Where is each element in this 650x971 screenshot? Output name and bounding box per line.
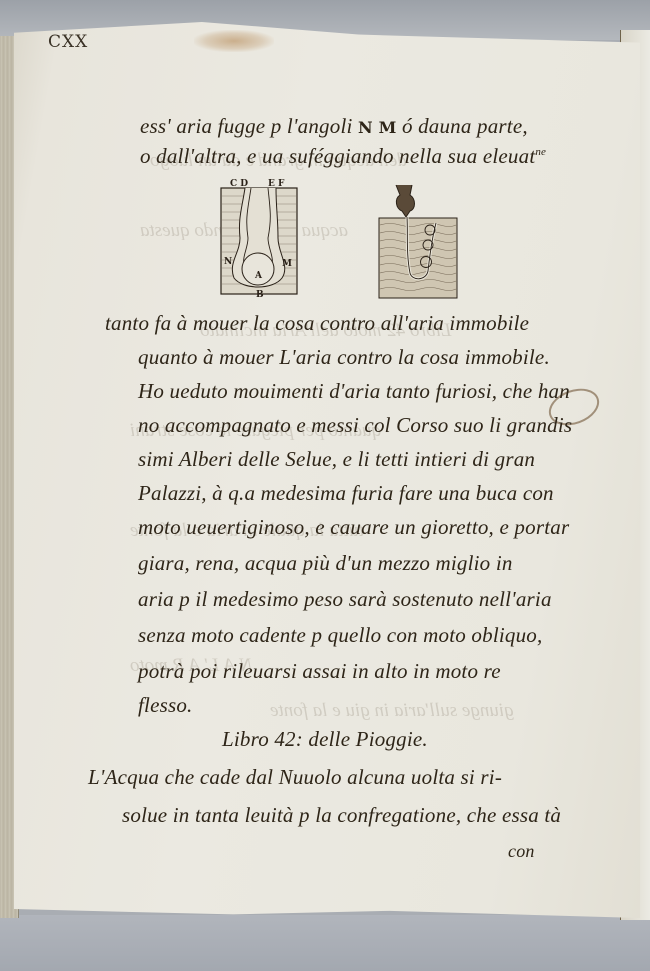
text-line: quanto à mouer L'aria contro la cosa imm… — [138, 345, 550, 370]
text-line: ess' aria fugge p l'angoli N M ó dauna p… — [140, 114, 528, 139]
text-line: no accompagnato e messi col Corso suo li… — [138, 413, 572, 438]
text-line: Ho ueduto mouimenti d'aria tanto furiosi… — [138, 379, 570, 404]
water-stain — [194, 30, 274, 52]
label-a: A — [254, 271, 263, 281]
text-line: giara, rena, acqua più d'un mezzo miglio… — [138, 551, 513, 576]
text-line: senza moto cadente p quello con moto obl… — [138, 623, 542, 648]
label-b: B — [256, 290, 264, 298]
text-line: o dall'altra, e ua suféggiando nella sua… — [140, 144, 546, 169]
text-line: moto ueuertiginoso, e cauare un gioretto… — [138, 515, 569, 540]
text-line: solue in tanta leuità p la confregatione… — [122, 803, 561, 828]
left-diagram-figure: C D E F N A M B — [218, 178, 300, 298]
text-line: tanto fa à mouer la cosa contro all'aria… — [105, 311, 529, 336]
right-flask-diagram-figure — [376, 183, 462, 299]
folio-number: CXX — [48, 32, 88, 52]
text-line: Palazzi, à q.a medesima furia fare una b… — [138, 481, 554, 506]
label-m: M — [282, 259, 292, 269]
backdrop-bottom — [0, 915, 650, 971]
text-line: simi Alberi delle Selue, e li tetti inti… — [138, 447, 535, 472]
text-line: potrà poi rileuarsi assai in alto in mot… — [138, 659, 501, 684]
label-cd: C D — [230, 179, 248, 189]
section-heading: Libro 42: delle Pioggie. — [222, 727, 428, 752]
bleed-through-text: giunge sull'aria in giu e la fonte — [270, 700, 514, 722]
text-line: L'Acqua che cade dal Nuuolo alcuna uolta… — [88, 765, 502, 790]
catchword: con — [508, 841, 535, 862]
label-n: N — [224, 257, 232, 267]
label-ef: E F — [268, 179, 285, 189]
text-line: aria p il medesimo peso sarà sostenuto n… — [138, 587, 552, 612]
diagram-label-reference: N M — [358, 118, 397, 137]
text-line: flesso. — [138, 693, 193, 718]
